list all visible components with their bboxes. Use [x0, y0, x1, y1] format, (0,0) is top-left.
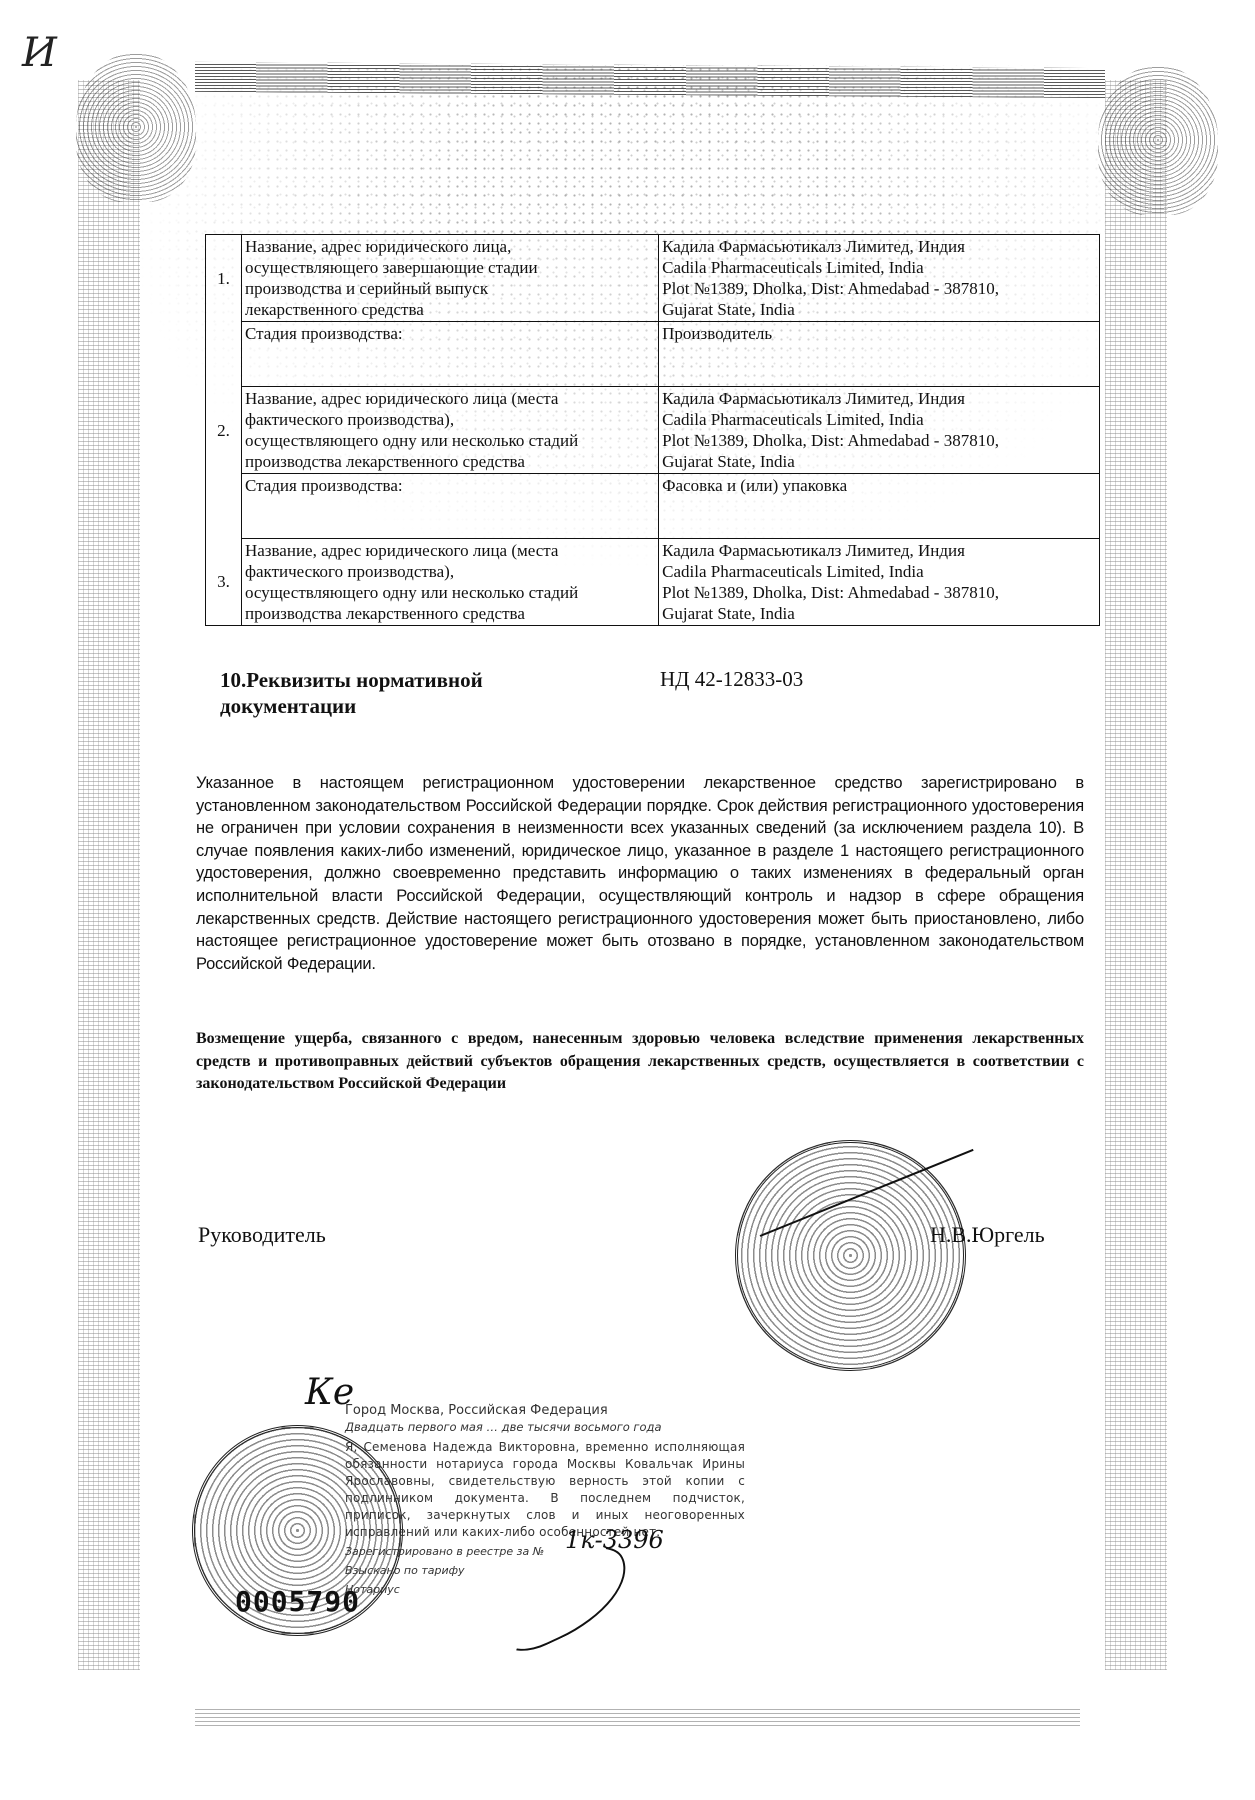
row-label: Название, адрес юридического лица (места…: [241, 539, 658, 626]
label-line: осуществляющего одну или несколько стади…: [245, 582, 655, 603]
row-number: 3.: [206, 539, 242, 626]
signer-title: Руководитель: [198, 1222, 326, 1248]
table-row: 3. Название, адрес юридического лица (ме…: [206, 539, 1100, 626]
row-value: Кадила Фармасьютикалз Лимитед, Индия Cad…: [659, 235, 1100, 322]
label-line: Название, адрес юридического лица (места: [245, 540, 655, 561]
row-number: [206, 322, 242, 387]
label-line: осуществляющего завершающие стадии: [245, 257, 655, 278]
notary-text: Я, Семенова Надежда Викторовна, временно…: [345, 1439, 745, 1541]
value-line: Cadila Pharmaceuticals Limited, India: [662, 409, 1096, 430]
value-line: Кадила Фармасьютикалз Лимитед, Индия: [662, 540, 1096, 561]
decorative-top-band: [195, 62, 1105, 98]
manufacturer-table: 1. Название, адрес юридического лица, ос…: [205, 234, 1100, 626]
decorative-border-right: [1105, 80, 1167, 1670]
decorative-border-left: [78, 80, 140, 1670]
value-line: Plot №1389, Dholka, Dist: Ahmedabad - 38…: [662, 582, 1096, 603]
value-line: Cadila Pharmaceuticals Limited, India: [662, 561, 1096, 582]
row-number: 2.: [206, 387, 242, 474]
row-label: Название, адрес юридического лица, осуще…: [241, 235, 658, 322]
label-line: осуществляющего одну или несколько стади…: [245, 430, 655, 451]
stage-label: Стадия производства:: [241, 474, 658, 539]
signer-name: Н.В.Юргель: [930, 1222, 1045, 1248]
value-line: Plot №1389, Dholka, Dist: Ahmedabad - 38…: [662, 430, 1096, 451]
row-value: Кадила Фармасьютикалз Лимитед, Индия Cad…: [659, 539, 1100, 626]
section-10-title: 10.Реквизиты нормативной документации: [220, 667, 483, 719]
stage-value: Производитель: [659, 322, 1100, 387]
normative-document-number: НД 42-12833-03: [660, 667, 803, 692]
row-value: Кадила Фармасьютикалз Лимитед, Индия Cad…: [659, 387, 1100, 474]
value-line: Gujarat State, India: [662, 603, 1096, 624]
seal-emblem-icon: [738, 1143, 963, 1368]
notary-city: Город Москва, Российская Федерация: [345, 1402, 745, 1419]
table-row: Стадия производства: Производитель: [206, 322, 1100, 387]
stage-value: Фасовка и (или) упаковка: [659, 474, 1100, 539]
value-line: Gujarat State, India: [662, 299, 1096, 320]
row-number: [206, 474, 242, 539]
value-line: Gujarat State, India: [662, 451, 1096, 472]
notary-date: Двадцать первого мая … две тысячи восьмо…: [345, 1419, 745, 1436]
label-line: лекарственного средства: [245, 299, 655, 320]
label-line: Название, адрес юридического лица,: [245, 236, 655, 257]
section-title-line: 10.Реквизиты нормативной: [220, 667, 483, 693]
validity-paragraph: Указанное в настоящем регистрационном уд…: [196, 772, 1084, 975]
table-row: Стадия производства: Фасовка и (или) упа…: [206, 474, 1100, 539]
label-line: фактического производства),: [245, 409, 655, 430]
label-line: фактического производства),: [245, 561, 655, 582]
table-row: 1. Название, адрес юридического лица, ос…: [206, 235, 1100, 322]
compensation-paragraph: Возмещение ущерба, связанного с вредом, …: [196, 1028, 1084, 1096]
value-line: Plot №1389, Dholka, Dist: Ahmedabad - 38…: [662, 278, 1096, 299]
row-label: Название, адрес юридического лица (места…: [241, 387, 658, 474]
certificate-page: И 1. Название, адрес юридического лица, …: [0, 0, 1255, 1800]
government-seal: [735, 1140, 966, 1371]
label-line: производства лекарственного средства: [245, 451, 655, 472]
label-line: производства и серийный выпуск: [245, 278, 655, 299]
label-line: производства лекарственного средства: [245, 603, 655, 624]
decorative-bottom-band: [195, 1708, 1080, 1726]
label-line: Название, адрес юридического лица (места: [245, 388, 655, 409]
value-line: Cadila Pharmaceuticals Limited, India: [662, 257, 1096, 278]
rosette-ornament-right: [1098, 65, 1218, 215]
registry-label: Зарегистрировано в реестре за №: [345, 1543, 745, 1560]
stage-label: Стадия производства:: [241, 322, 658, 387]
section-title-line: документации: [220, 693, 483, 719]
table-row: 2. Название, адрес юридического лица (ме…: [206, 387, 1100, 474]
rosette-ornament-left: [76, 52, 196, 202]
row-number: 1.: [206, 235, 242, 322]
handwritten-corner-mark: И: [22, 30, 57, 76]
value-line: Кадила Фармасьютикалз Лимитед, Индия: [662, 388, 1096, 409]
form-serial-number: 0005790: [235, 1585, 360, 1618]
value-line: Кадила Фармасьютикалз Лимитед, Индия: [662, 236, 1096, 257]
